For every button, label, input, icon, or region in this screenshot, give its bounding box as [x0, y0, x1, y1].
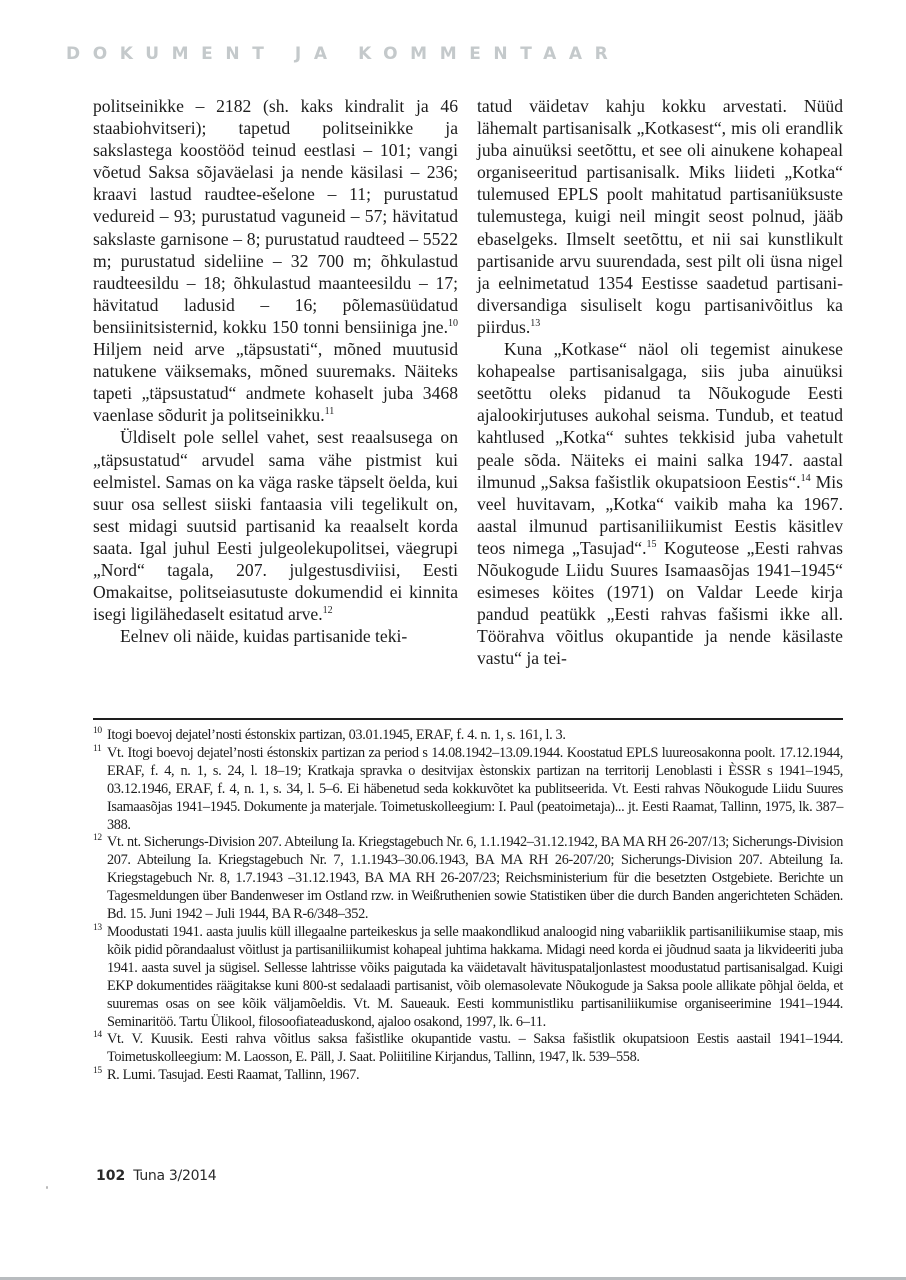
footnote-10: 10Itogi boevoj dejatel’nosti éstonskix p… [93, 727, 843, 745]
body-column-right: tatud väidetav kahju kokku arvestati. Nü… [477, 95, 843, 669]
paragraph-text: Üldiselt pole sellel vahet, sest reaalsu… [93, 427, 458, 624]
paragraph-text: Hiljem neid arve „täpsustati“, mõned muu… [93, 339, 458, 425]
footnote-ref[interactable]: 12 [323, 605, 333, 616]
footnote-text: R. Lumi. Tasujad. Eesti Raamat, Tallinn,… [107, 1067, 359, 1083]
paragraph-text: tatud väidetav kahju kokku arvestati. Nü… [477, 96, 843, 337]
footnote-text: Moodustati 1941. aasta juulis küll illeg… [107, 924, 843, 1030]
footnote-text: Itogi boevoj dejatel’nosti éstonskix par… [107, 727, 566, 743]
paragraph: Kuna „Kotkase“ näol oli tegemist ainukes… [477, 338, 843, 669]
footnote-number: 13 [93, 920, 102, 938]
footnote-11: 11Vt. Itogi boevoj dejatel’nosti éstonsk… [93, 745, 843, 835]
footnote-number: 10 [93, 723, 102, 741]
footnote-number: 15 [93, 1063, 102, 1081]
paragraph: Eelnev oli näide, kuidas partisanide tek… [93, 625, 458, 647]
footnote-ref[interactable]: 10 [448, 318, 458, 329]
footnote-15: 15R. Lumi. Tasujad. Eesti Raamat, Tallin… [93, 1067, 843, 1085]
body-column-left: politseinikke – 2182 (sh. kaks kindralit… [93, 95, 458, 647]
paragraph-text: Eelnev oli näide, kuidas partisanide tek… [120, 626, 407, 646]
footnote-ref[interactable]: 13 [530, 318, 540, 329]
page-footer: 102Tuna 3/2014 [96, 1168, 216, 1184]
footnotes: 10Itogi boevoj dejatel’nosti éstonskix p… [93, 727, 843, 1085]
page-number: 102 [96, 1168, 125, 1184]
footnote-divider [93, 718, 843, 720]
footnote-number: 11 [93, 741, 101, 759]
footnote-text: Vt. V. Kuusik. Eesti rahva võitlus saksa… [107, 1031, 843, 1065]
footnote-ref[interactable]: 15 [647, 539, 657, 550]
footnote-12: 12Vt. nt. Sicherungs-Division 207. Abtei… [93, 834, 843, 924]
scan-speck [46, 1186, 48, 1189]
footnote-14: 14Vt. V. Kuusik. Eesti rahva võitlus sak… [93, 1031, 843, 1067]
paragraph: politseinikke – 2182 (sh. kaks kindralit… [93, 95, 458, 426]
journal-issue: Tuna 3/2014 [133, 1168, 216, 1184]
footnote-ref[interactable]: 14 [801, 473, 811, 484]
paragraph-text: Kuna „Kotkase“ näol oli tegemist ainukes… [477, 339, 843, 492]
footnote-number: 12 [93, 830, 102, 848]
paragraph: Üldiselt pole sellel vahet, sest reaalsu… [93, 426, 458, 625]
footnote-text: Vt. Itogi boevoj dejatel’nosti éstonskix… [107, 745, 843, 833]
paragraph-text: politseinikke – 2182 (sh. kaks kindralit… [93, 96, 458, 337]
paragraph: tatud väidetav kahju kokku arvestati. Nü… [477, 95, 843, 338]
footnote-text: Vt. nt. Sicherungs-Division 207. Abteilu… [107, 834, 843, 922]
footnote-13: 13Moodustati 1941. aasta juulis küll ill… [93, 924, 843, 1031]
running-head: DOKUMENT JA KOMMENTAAR [66, 44, 620, 64]
footnote-ref[interactable]: 11 [325, 406, 335, 417]
footnote-number: 14 [93, 1027, 102, 1045]
